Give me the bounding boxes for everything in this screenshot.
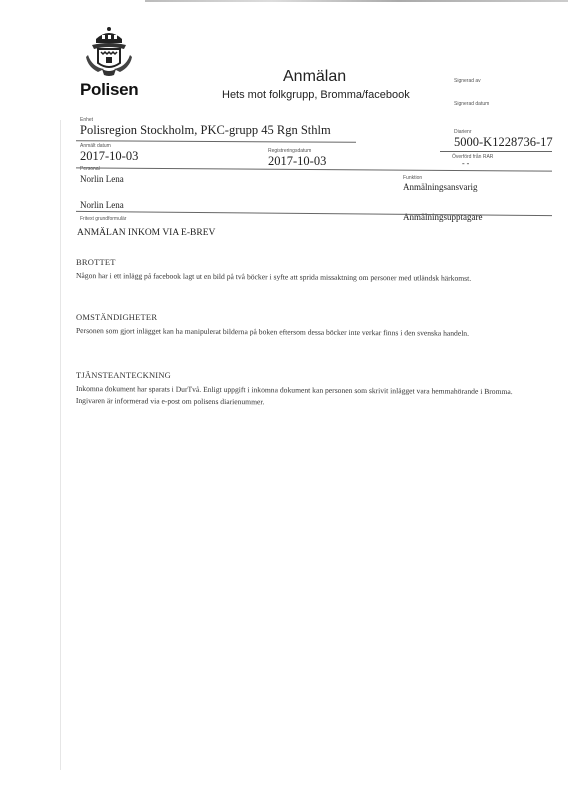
personnel-name: Norlin Lena [80, 200, 124, 210]
registered-date-value: 2017-10-03 [268, 154, 326, 169]
section-text: Personen som gjort inlägget kan ha manip… [76, 325, 536, 340]
scan-edge [145, 0, 568, 2]
brand-name: Polisen [80, 80, 138, 100]
intro-text: ANMÄLAN INKOM VIA E-BREV [77, 228, 215, 238]
section-heading: TJÄNSTEANTECKNING [76, 370, 171, 380]
reported-date-value: 2017-10-03 [80, 149, 138, 164]
personnel-label: Personal [80, 166, 100, 172]
section-text: Någon har i ett inlägg på facebook lagt … [76, 270, 536, 285]
divider [76, 140, 356, 142]
police-crest-icon [84, 25, 134, 77]
rar-label: Överförd från RAR [452, 154, 493, 160]
signed-by-label: Signerad av [454, 78, 481, 84]
section-heading: BROTTET [76, 257, 116, 267]
document-title: Anmälan [283, 68, 346, 86]
function-label: Funktion [403, 175, 422, 181]
document-subtitle: Hets mot folkgrupp, Bromma/facebook [222, 89, 410, 101]
signed-date-label: Signerad datum [454, 101, 489, 107]
section-text: Inkomna dokument har sparats i DurTvå. E… [76, 383, 536, 410]
diary-number-value: 5000-K1228736-17 [454, 135, 553, 150]
rar-value: - - [462, 159, 469, 168]
unit-value: Polisregion Stockholm, PKC-grupp 45 Rgn … [80, 123, 331, 138]
section-heading: OMSTÄNDIGHETER [76, 312, 157, 322]
personnel-role: Anmälningsansvarig [403, 182, 478, 192]
freetext-label: Fritext grundformulär [80, 216, 126, 222]
personnel-name: Norlin Lena [80, 174, 124, 184]
margin-line [60, 120, 61, 770]
divider [440, 151, 552, 152]
